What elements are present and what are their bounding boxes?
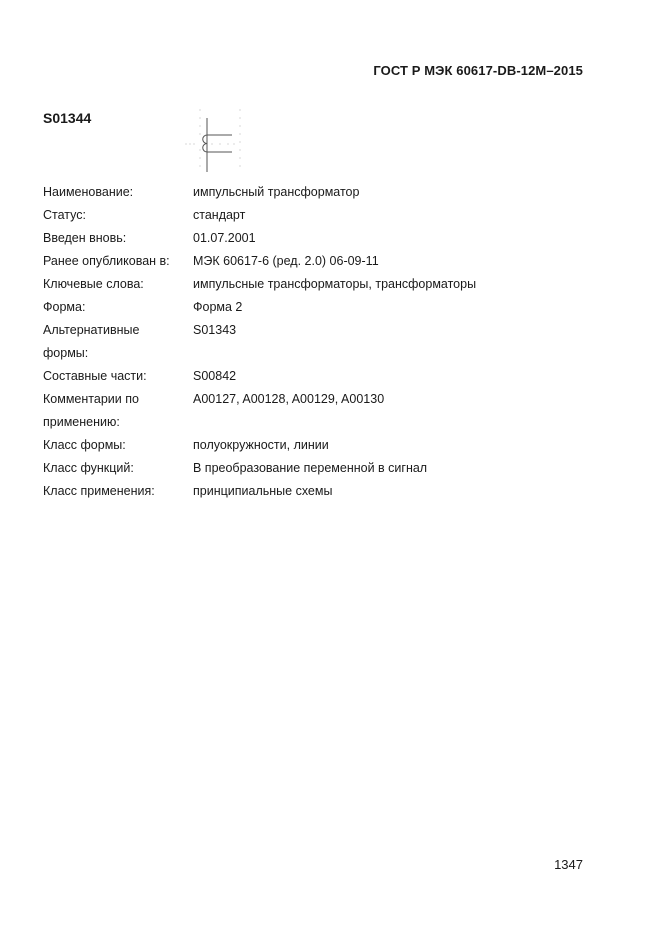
pulse-transformer-symbol-icon (183, 104, 247, 174)
row-alternative-forms: Альтернативные S01343 (43, 319, 621, 342)
page-number: 1347 (554, 857, 583, 872)
row-label: Альтернативные (43, 319, 193, 342)
row-value: импульсные трансформаторы, трансформатор… (193, 273, 621, 296)
row-label: Класс применения: (43, 480, 193, 503)
row-label: Ранее опубликован в: (43, 250, 193, 273)
row-label: применению: (43, 411, 193, 434)
row-value: МЭК 60617-6 (ред. 2.0) 06-09-11 (193, 250, 621, 273)
row-value: 01.07.2001 (193, 227, 621, 250)
standard-header: ГОСТ Р МЭК 60617-DB-12M–2015 (373, 63, 583, 78)
row-introduced: Введен вновь: 01.07.2001 (43, 227, 621, 250)
row-value: полуокружности, линии (193, 434, 621, 457)
symbol-code: S01344 (43, 110, 91, 126)
row-status: Статус: стандарт (43, 204, 621, 227)
row-value (193, 411, 621, 434)
row-value (193, 342, 621, 365)
row-alternative-forms-cont: формы: (43, 342, 621, 365)
row-application-notes-cont: применению: (43, 411, 621, 434)
row-keywords: Ключевые слова: импульсные трансформатор… (43, 273, 621, 296)
row-value: В преобразование переменной в сигнал (193, 457, 621, 480)
row-label: Форма: (43, 296, 193, 319)
row-form: Форма: Форма 2 (43, 296, 621, 319)
row-name: Наименование: импульсный трансформатор (43, 181, 621, 204)
row-label: Ключевые слова: (43, 273, 193, 296)
row-label: Комментарии по (43, 388, 193, 411)
row-value: принципиальные схемы (193, 480, 621, 503)
attribute-table: Наименование: импульсный трансформатор С… (43, 181, 621, 503)
row-value: Форма 2 (193, 296, 621, 319)
row-application-notes: Комментарии по A00127, A00128, A00129, A… (43, 388, 621, 411)
row-shape-class: Класс формы: полуокружности, линии (43, 434, 621, 457)
row-label: Наименование: (43, 181, 193, 204)
row-label: Статус: (43, 204, 193, 227)
row-application-class: Класс применения: принципиальные схемы (43, 480, 621, 503)
row-value: стандарт (193, 204, 621, 227)
row-function-class: Класс функций: В преобразование переменн… (43, 457, 621, 480)
row-label: Класс функций: (43, 457, 193, 480)
row-value: A00127, A00128, A00129, A00130 (193, 388, 621, 411)
row-label: Введен вновь: (43, 227, 193, 250)
row-value: S00842 (193, 365, 621, 388)
row-components: Составные части: S00842 (43, 365, 621, 388)
row-label: формы: (43, 342, 193, 365)
row-label: Класс формы: (43, 434, 193, 457)
row-value: S01343 (193, 319, 621, 342)
row-label: Составные части: (43, 365, 193, 388)
row-value: импульсный трансформатор (193, 181, 621, 204)
row-previously-published: Ранее опубликован в: МЭК 60617-6 (ред. 2… (43, 250, 621, 273)
